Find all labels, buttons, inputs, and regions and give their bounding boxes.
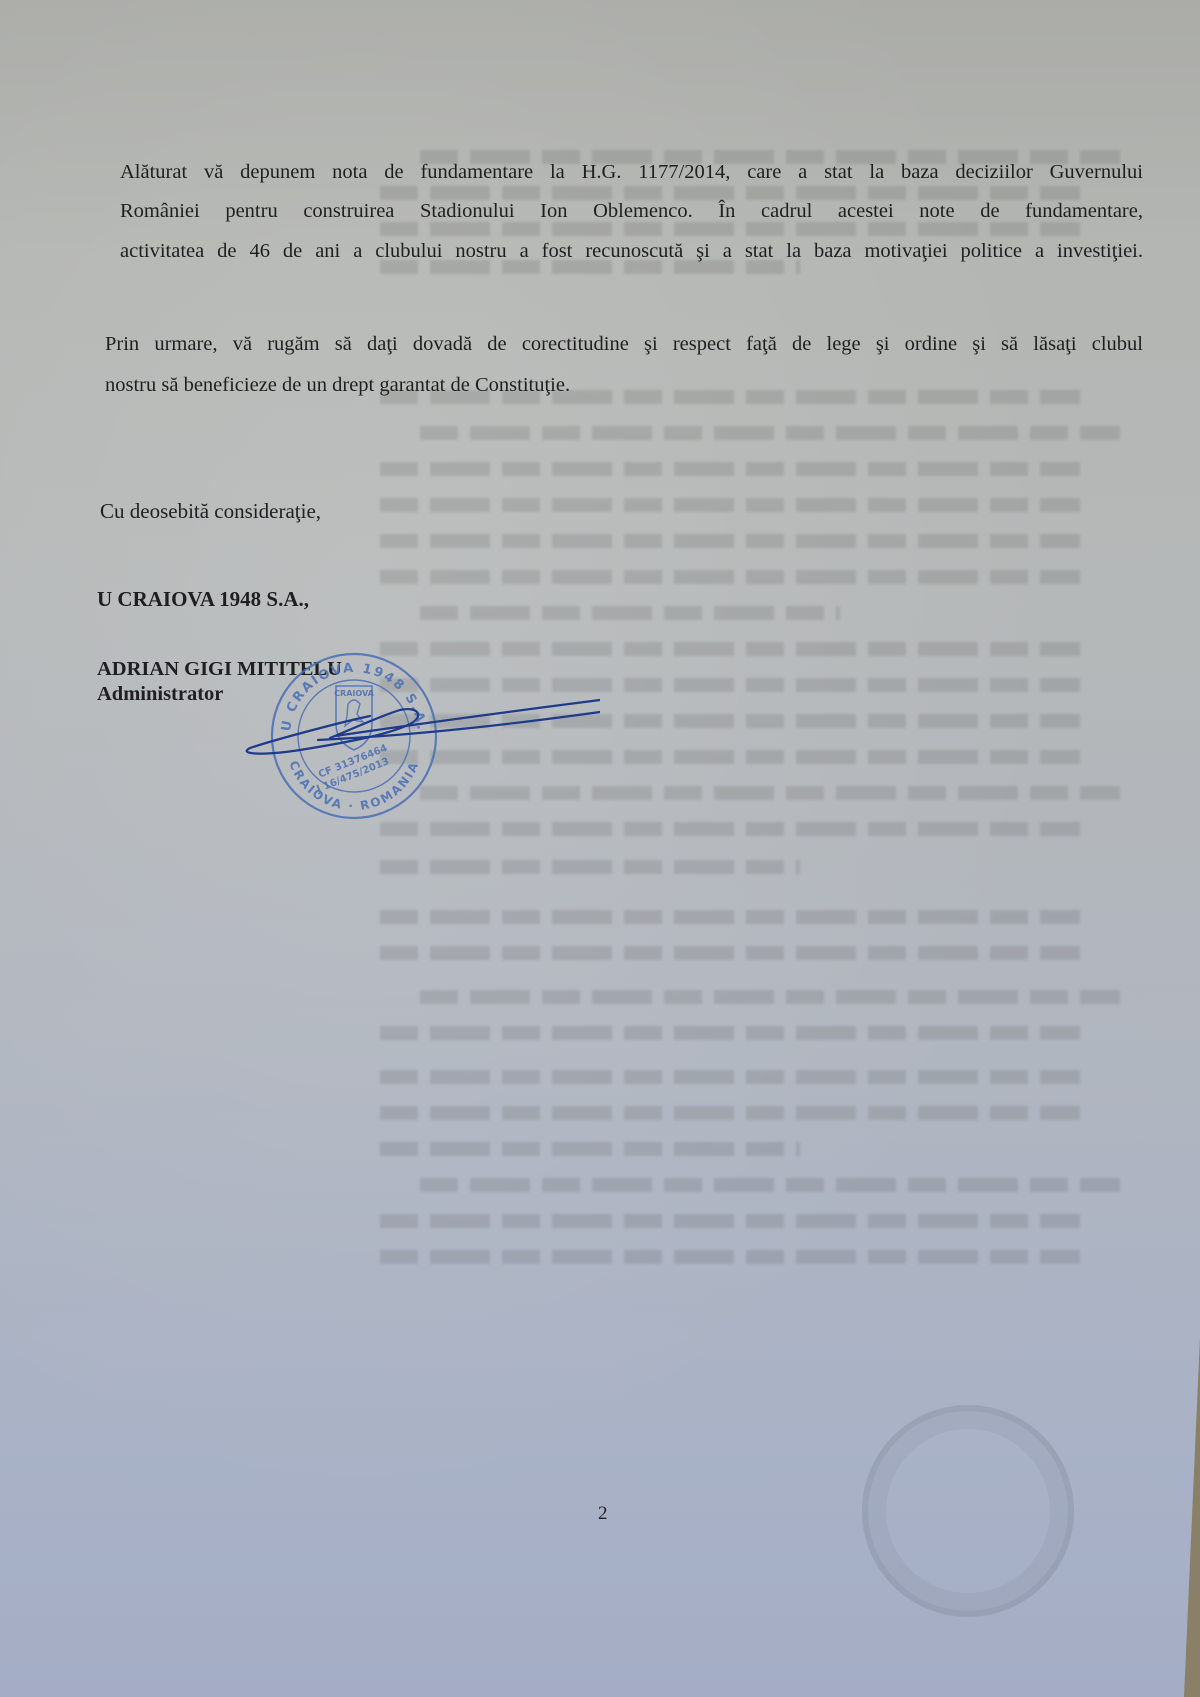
paragraph-1-line-1: Alăturat vă depunem nota de fundamentare… bbox=[120, 161, 1143, 184]
desk-surface-edge bbox=[1184, 1337, 1200, 1697]
bleed-through-line bbox=[420, 426, 1120, 440]
company-name: U CRAIOVA 1948 S.A., bbox=[97, 587, 309, 612]
bleed-through-line bbox=[380, 462, 1080, 476]
bleed-through-line bbox=[380, 1070, 1080, 1084]
bleed-through-line bbox=[380, 860, 800, 874]
bleed-through-line bbox=[420, 1178, 1120, 1192]
bleed-through-line bbox=[420, 786, 1120, 800]
bleed-through-line bbox=[380, 498, 1080, 512]
bleed-through-line bbox=[380, 186, 1080, 200]
signer-role: Administrator bbox=[97, 683, 223, 706]
bleed-through-line bbox=[420, 606, 840, 620]
paragraph-1-line-3: activitatea de 46 de ani a clubului nost… bbox=[120, 240, 1143, 263]
bleed-through-line bbox=[420, 990, 1120, 1004]
bleed-through-line bbox=[380, 1250, 1080, 1264]
bleed-through-line bbox=[380, 1142, 800, 1156]
paragraph-2-line-1: Prin urmare, vă rugăm să daţi dovadă de … bbox=[105, 333, 1143, 356]
bleed-through-line bbox=[380, 822, 1080, 836]
paragraph-1-line-2: României pentru construirea Stadionului … bbox=[120, 200, 1143, 223]
bleed-through-line bbox=[380, 946, 1080, 960]
bleed-through-line bbox=[380, 1106, 1080, 1120]
bleed-through-line bbox=[380, 642, 1080, 656]
page-number: 2 bbox=[598, 1503, 608, 1525]
bleed-through-seal bbox=[862, 1405, 1074, 1617]
bleed-through-line bbox=[380, 570, 1080, 584]
bleed-through-line bbox=[380, 1214, 1080, 1228]
closing-salutation: Cu deosebită consideraţie, bbox=[100, 499, 321, 524]
bleed-through-line bbox=[380, 534, 1080, 548]
paragraph-2-line-2: nostru să beneficieze de un drept garant… bbox=[105, 374, 570, 397]
bleed-through-line bbox=[380, 910, 1080, 924]
bleed-through-line bbox=[380, 1026, 1080, 1040]
bleed-through-line bbox=[380, 222, 1080, 236]
handwritten-signature bbox=[240, 690, 600, 770]
